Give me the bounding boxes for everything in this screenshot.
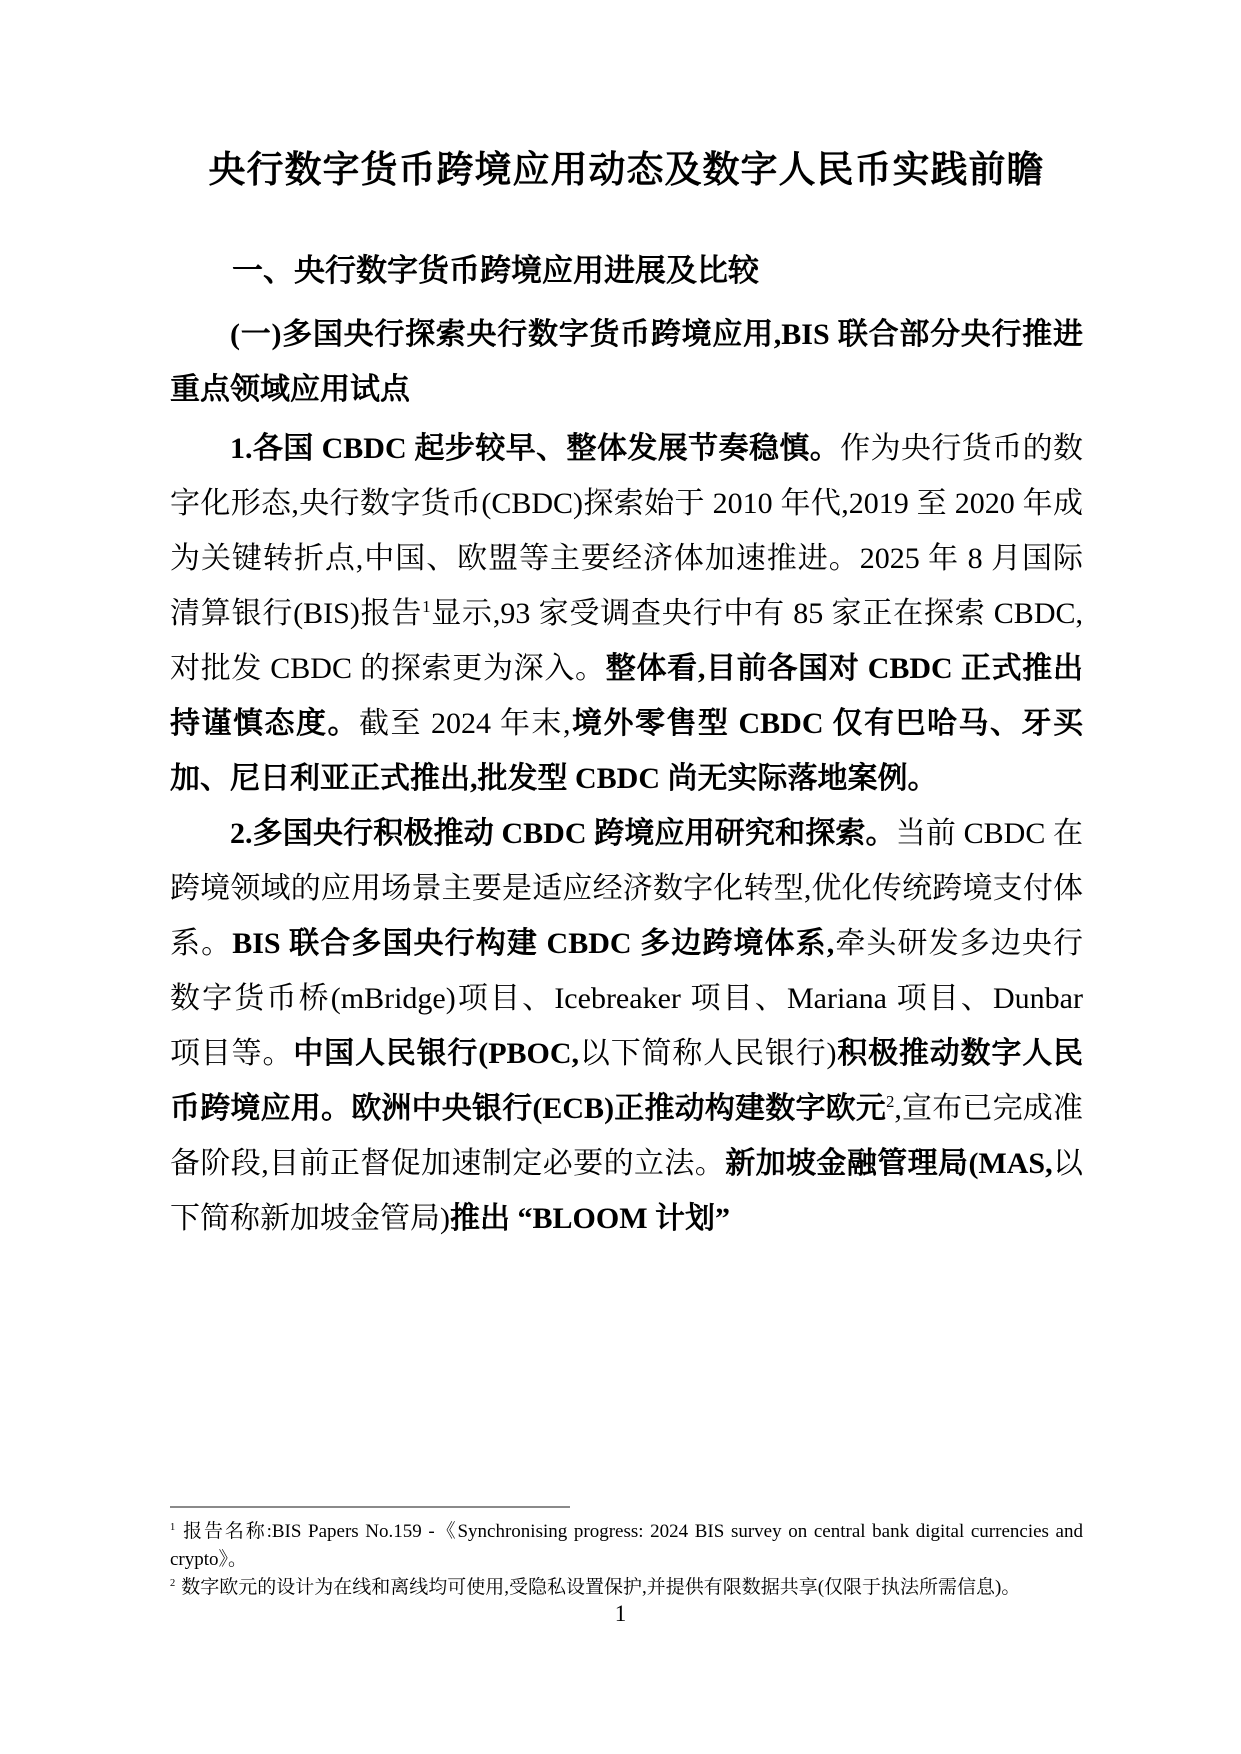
footnote-text-1: 报告名称:BIS Papers No.159 -《Synchronising p… [170,1521,1083,1570]
footnote-item-1: 1报告名称:BIS Papers No.159 -《Synchronising … [170,1518,1083,1574]
body-paragraph-1: 1.各国 CBDC 起步较早、整体发展节奏稳慎。作为央行货币的数字化形态,央行数… [170,421,1083,806]
document-page: 央行数字货币跨境应用动态及数字人民币实践前瞻 一、央行数字货币跨境应用进展及比较… [170,0,1083,1246]
document-title: 央行数字货币跨境应用动态及数字人民币实践前瞻 [170,0,1083,194]
page-number: 1 [0,1601,1241,1627]
footnote-text-2: 数字欧元的设计为在线和离线均可使用,受隐私设置保护,并提供有限数据共享(仅限于执… [181,1577,1020,1598]
section-heading-1: 一、央行数字货币跨境应用进展及比较 [170,252,1083,289]
footnote-marker-1: 1 [170,1522,175,1533]
footnote-item-2: 2数字欧元的设计为在线和离线均可使用,受隐私设置保护,并提供有限数据共享(仅限于… [170,1574,1083,1602]
section-heading-2: (一)多国央行探索央行数字货币跨境应用,BIS 联合部分央行推进重点领域应用试点 [170,307,1083,417]
footnote-marker-2: 2 [170,1578,175,1589]
footnote-separator [170,1506,570,1508]
footnotes: 1报告名称:BIS Papers No.159 -《Synchronising … [170,1506,1083,1602]
body-paragraph-2: 2.多国央行积极推动 CBDC 跨境应用研究和探索。当前 CBDC 在跨境领域的… [170,806,1083,1246]
